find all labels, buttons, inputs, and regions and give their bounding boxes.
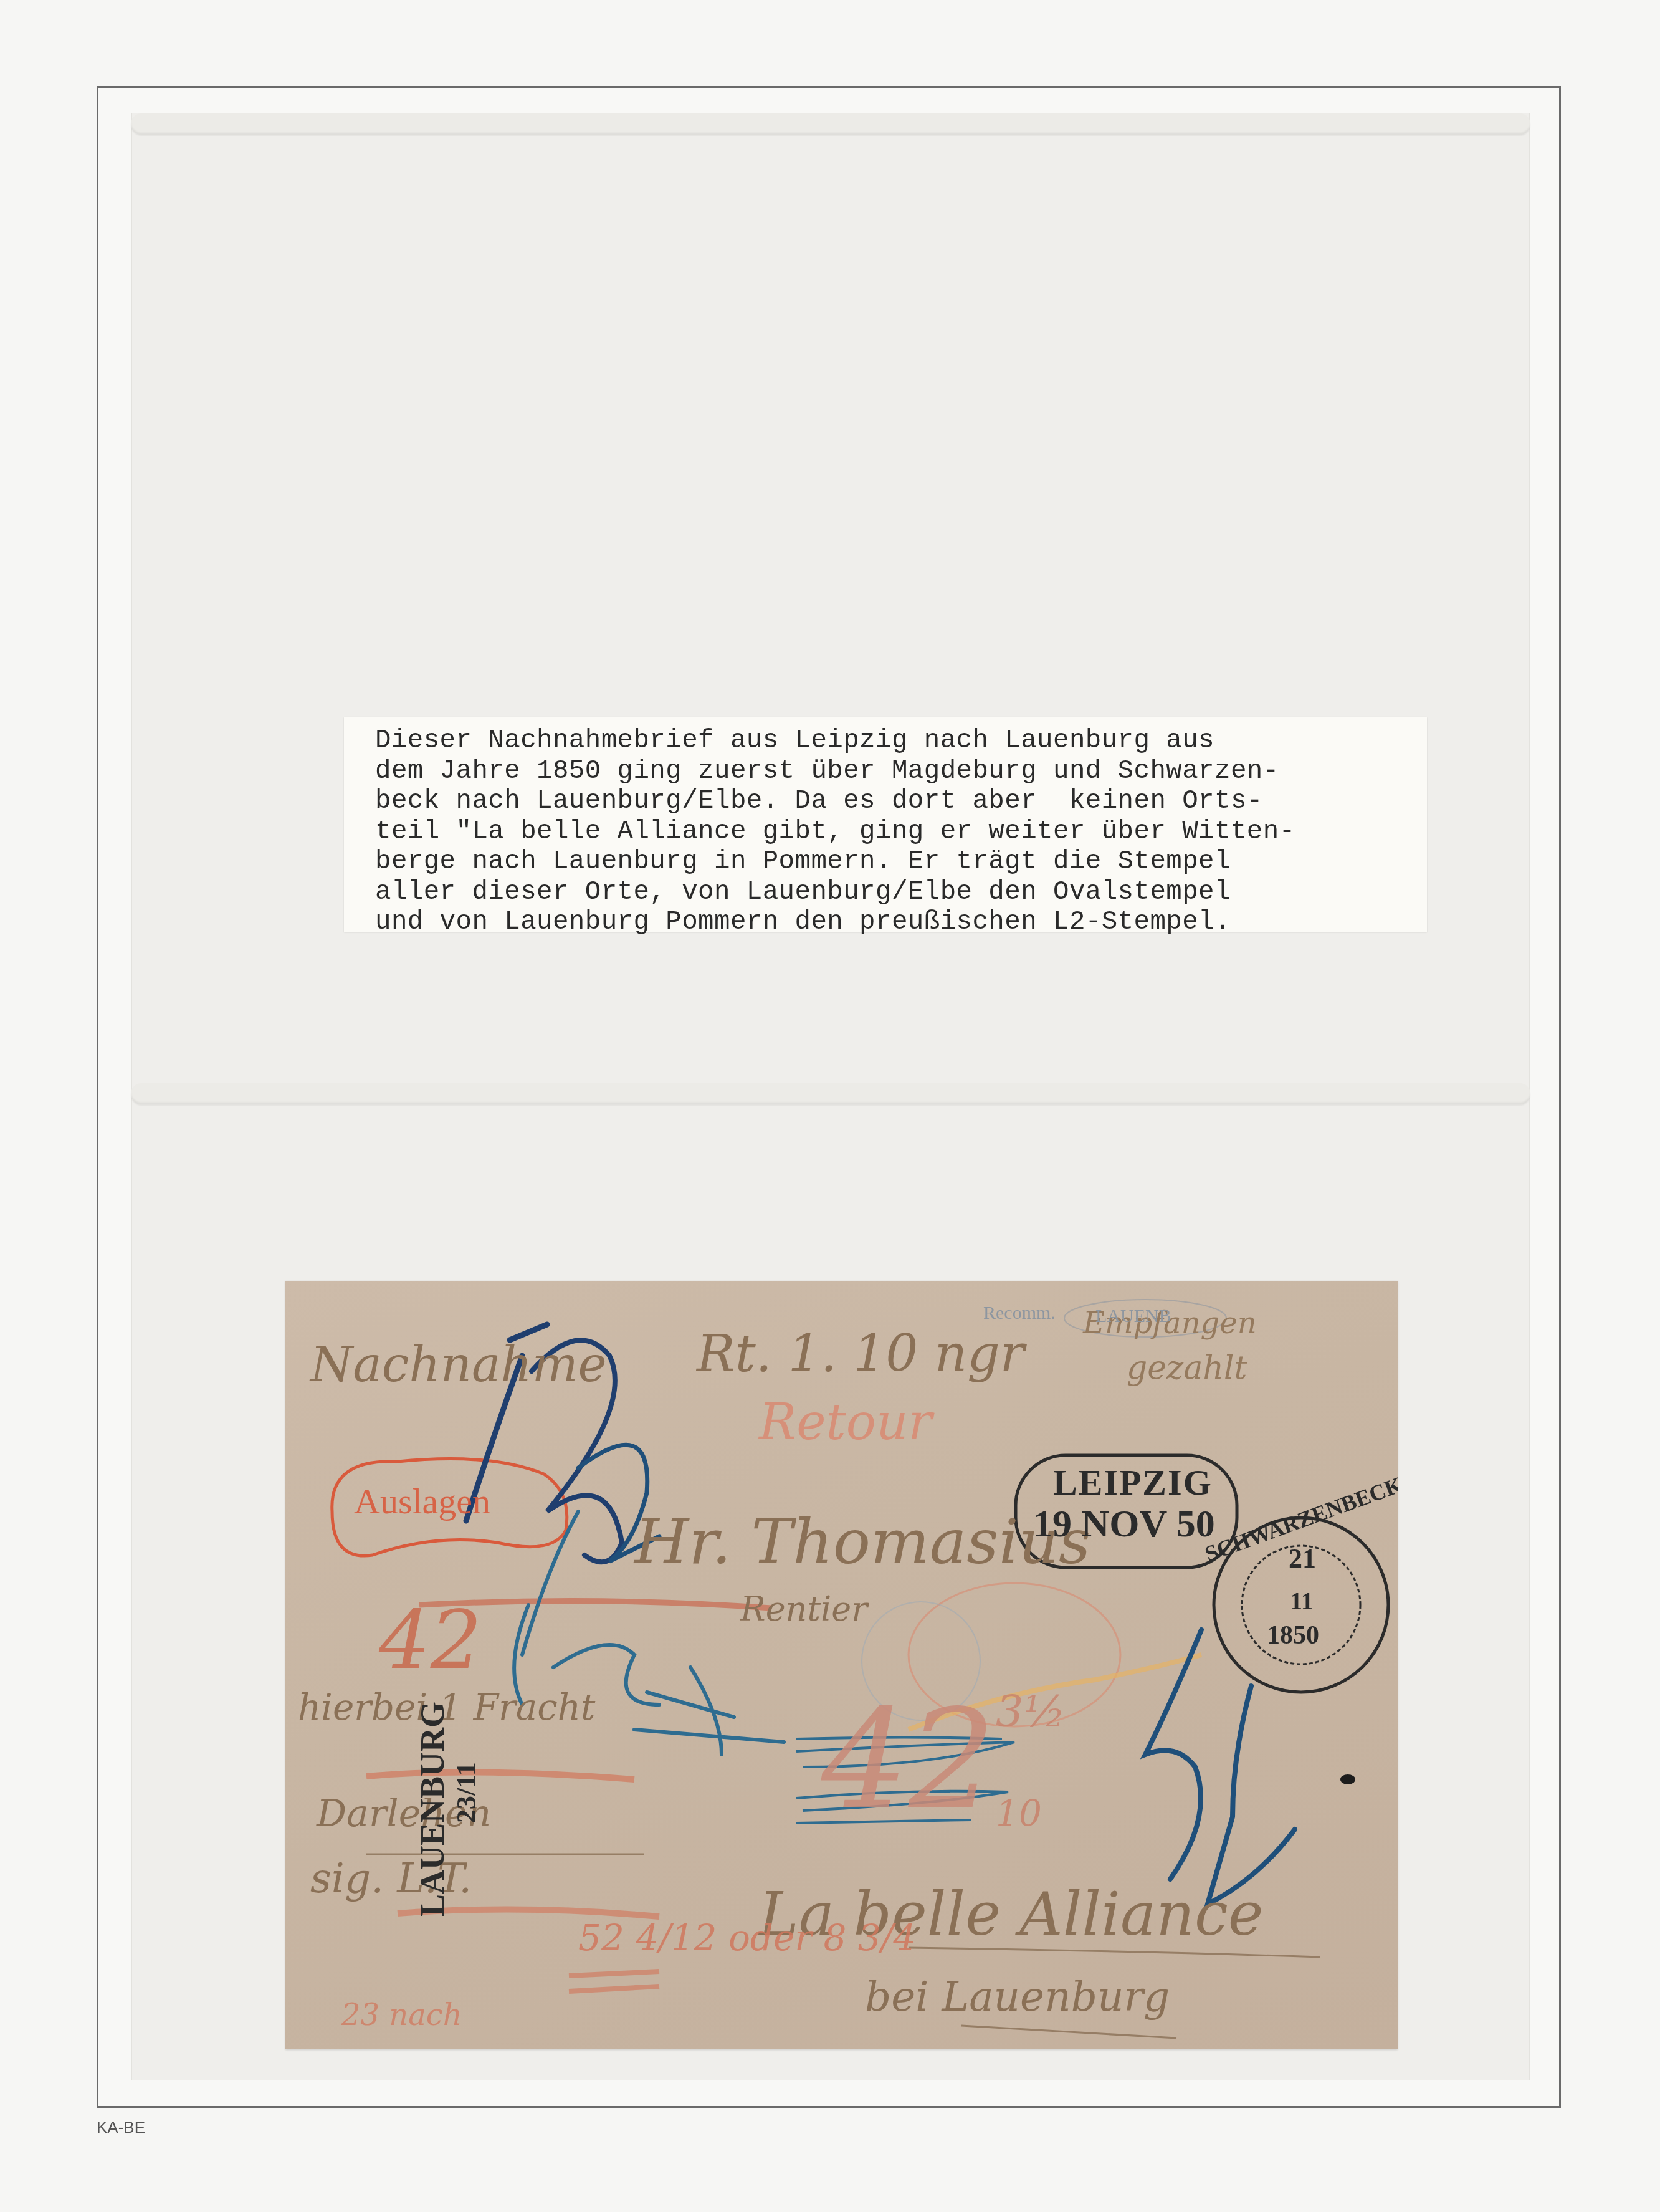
cover-envelope: Nachnahme Rt. 1. 10 ngr Empfangen gezahl… (285, 1281, 1398, 2049)
description-card: Dieser Nachnahmebrief aus Leipzig nach L… (344, 717, 1427, 932)
leipzig-stamp-line1: LEIPZIG (1053, 1462, 1213, 1503)
lauenburg-l2-stamp-line2: 23/11 (451, 1762, 482, 1823)
red-fraction: 10 (996, 1792, 1042, 1834)
lauenburg-oval-faint-stamp: LAUENB (1095, 1306, 1171, 1327)
schwarzenbeck-stamp-month: 11 (1290, 1586, 1314, 1616)
red-bottom-calc: 52 4/12 oder 8 3/4 (578, 1917, 916, 1959)
description-line: beck nach Lauenburg/Elbe. Da es dort abe… (375, 786, 1427, 816)
red-rate-mid: 42 (821, 1680, 996, 1839)
lauenburg-l2-stamp-line1: LAUENBURG (413, 1702, 452, 1917)
leipzig-stamp-line2: 19 NOV 50 (1033, 1502, 1215, 1546)
red-rate-small: 3½ (996, 1686, 1066, 1737)
handwriting-amount: Rt. 1. 10 ngr (697, 1324, 1024, 1384)
description-line: berge nach Lauenburg in Pommern. Er träg… (375, 846, 1427, 877)
handwriting-near: bei Lauenburg (865, 1973, 1170, 2021)
red-rate-left: 42 (379, 1592, 482, 1687)
handwriting-gezahlt: gezahlt (1127, 1349, 1247, 1387)
pocket-welt (131, 113, 1530, 135)
recommande-faint-stamp: Recomm. (983, 1303, 1056, 1324)
description-line: dem Jahre 1850 ging zuerst über Magdebur… (375, 756, 1427, 787)
upper-pocket (131, 113, 1530, 1089)
description-line: aller dieser Orte, von Lauenburg/Elbe de… (375, 877, 1427, 907)
pocket-welt (131, 1083, 1530, 1104)
description-line: und von Lauenburg Pommern den preußische… (375, 907, 1427, 937)
handwriting-addressee: Hr. Thomasius (634, 1505, 1090, 1578)
description-line: Dieser Nachnahmebrief aus Leipzig nach L… (375, 725, 1427, 756)
red-bottom-left: 23 nach (341, 1998, 462, 2032)
red-script-retour: Retour (759, 1393, 932, 1451)
description-line: teil "La belle Alliance gibt, ging er we… (375, 816, 1427, 847)
auslagen-stamp: Auslagen (354, 1480, 490, 1522)
catalog-label: KA-BE (97, 2118, 145, 2137)
schwarzenbeck-stamp-year: 1850 (1267, 1621, 1319, 1650)
schwarzenbeck-stamp-day: 21 (1289, 1543, 1316, 1574)
handwriting-occupation: Rentier (740, 1589, 867, 1629)
